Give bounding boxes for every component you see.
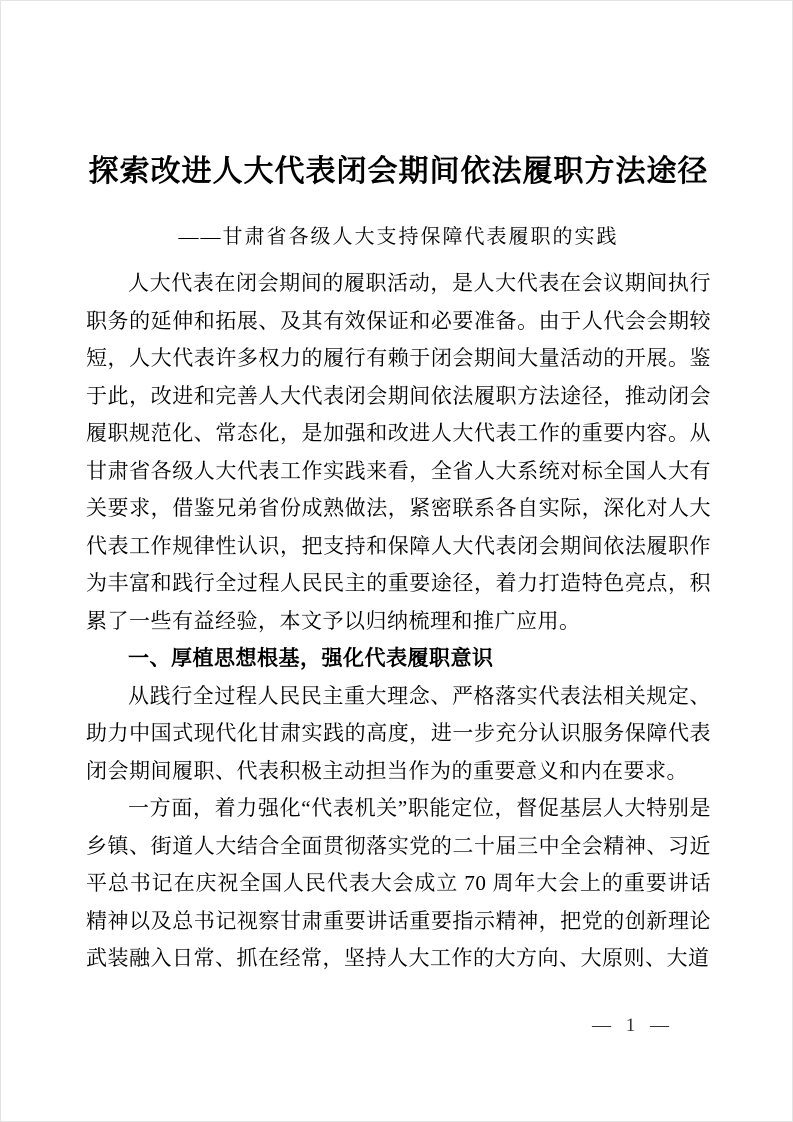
page-number: — 1 — xyxy=(592,1013,674,1039)
document-title: 探索改进人大代表闭会期间依法履职方法途径 xyxy=(86,148,711,196)
document-body: 人大代表在闭会期间的履职活动，是人大代表在会议期间执行职务的延伸和拓展、及其有效… xyxy=(86,265,711,978)
paragraph-intro: 人大代表在闭会期间的履职活动，是人大代表在会议期间执行职务的延伸和拓展、及其有效… xyxy=(86,265,711,640)
document-content: 探索改进人大代表闭会期间依法履职方法途径 ——甘肃省各级人大支持保障代表履职的实… xyxy=(86,1,711,978)
section-heading: 一、厚植思想根基，强化代表履职意识 xyxy=(86,640,711,678)
document-subtitle: ——甘肃省各级人大支持保障代表履职的实践 xyxy=(86,222,711,252)
paragraph-aspect-one: 一方面，着力强化“代表机关”职能定位，督促基层人大特别是乡镇、街道人大结合全面贯… xyxy=(86,790,711,978)
document-page: 探索改进人大代表闭会期间依法履职方法途径 ——甘肃省各级人大支持保障代表履职的实… xyxy=(0,0,793,1122)
paragraph-section-lead: 从践行全过程人民民主重大理念、严格落实代表法相关规定、助力中国式现代化甘肃实践的… xyxy=(86,678,711,791)
